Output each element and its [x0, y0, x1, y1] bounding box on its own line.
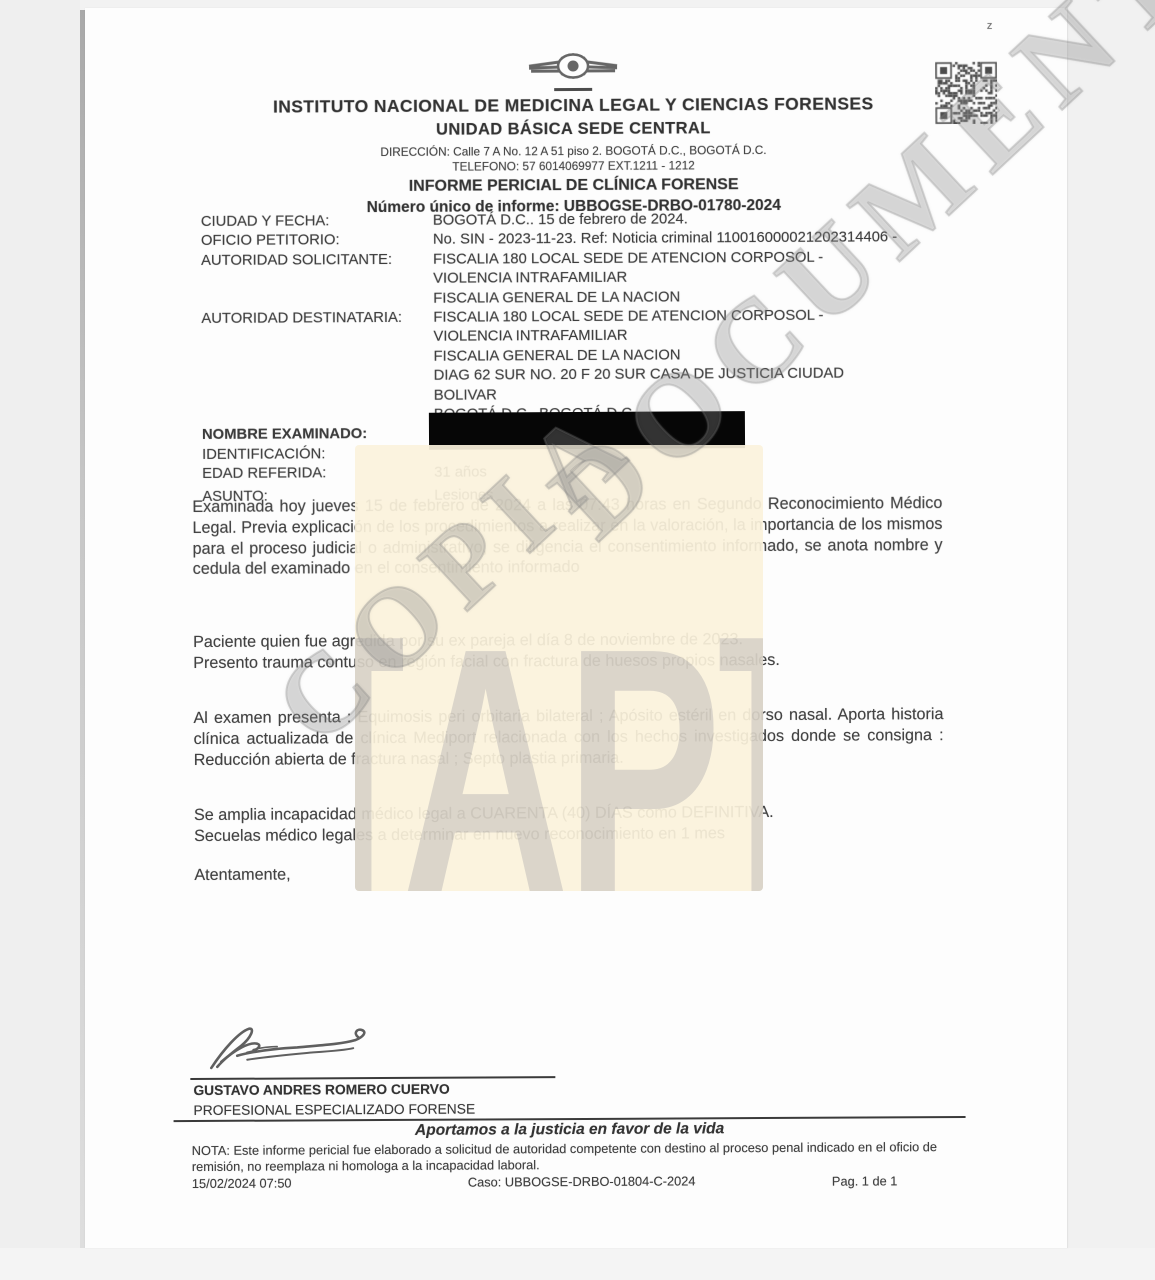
signer-name: GUSTAVO ANDRES ROMERO CUERVO — [193, 1082, 449, 1098]
footer-case-number: Caso: UBBOGSE-DRBO-01804-C-2024 — [468, 1173, 696, 1189]
document-page: [AP] COPIA DOCUMENTO z I — [85, 8, 1068, 1248]
institute-seal-icon — [525, 46, 621, 87]
field-label: CIUDAD Y FECHA: — [201, 212, 433, 233]
institutional-motto: Aportamos a la justicia en favor de la v… — [174, 1119, 966, 1141]
scan-background-bottom — [0, 1248, 1155, 1280]
scan-background-left — [0, 0, 80, 1280]
scanned-document-viewer: [AP] COPIA DOCUMENTO z I — [0, 0, 1155, 1280]
field-label: AUTORIDAD SOLICITANTE: — [201, 251, 433, 310]
signature-image — [203, 1019, 383, 1078]
scan-background-right — [1069, 0, 1155, 1280]
field-label: AUTORIDAD DESTINATARIA: — [201, 309, 434, 427]
field-label: NOMBRE EXAMINADO: — [202, 425, 434, 446]
footer-datetime: 15/02/2024 07:50 — [192, 1175, 292, 1191]
footer-note: NOTA: Este informe pericial fue elaborad… — [192, 1139, 962, 1175]
footer-page-number: Pag. 1 de 1 — [832, 1173, 898, 1188]
seal-underline — [554, 88, 592, 91]
signer-title: PROFESIONAL ESPECIALIZADO FORENSE — [193, 1102, 475, 1118]
field-label: OFICIO PETITORIO: — [201, 231, 433, 252]
